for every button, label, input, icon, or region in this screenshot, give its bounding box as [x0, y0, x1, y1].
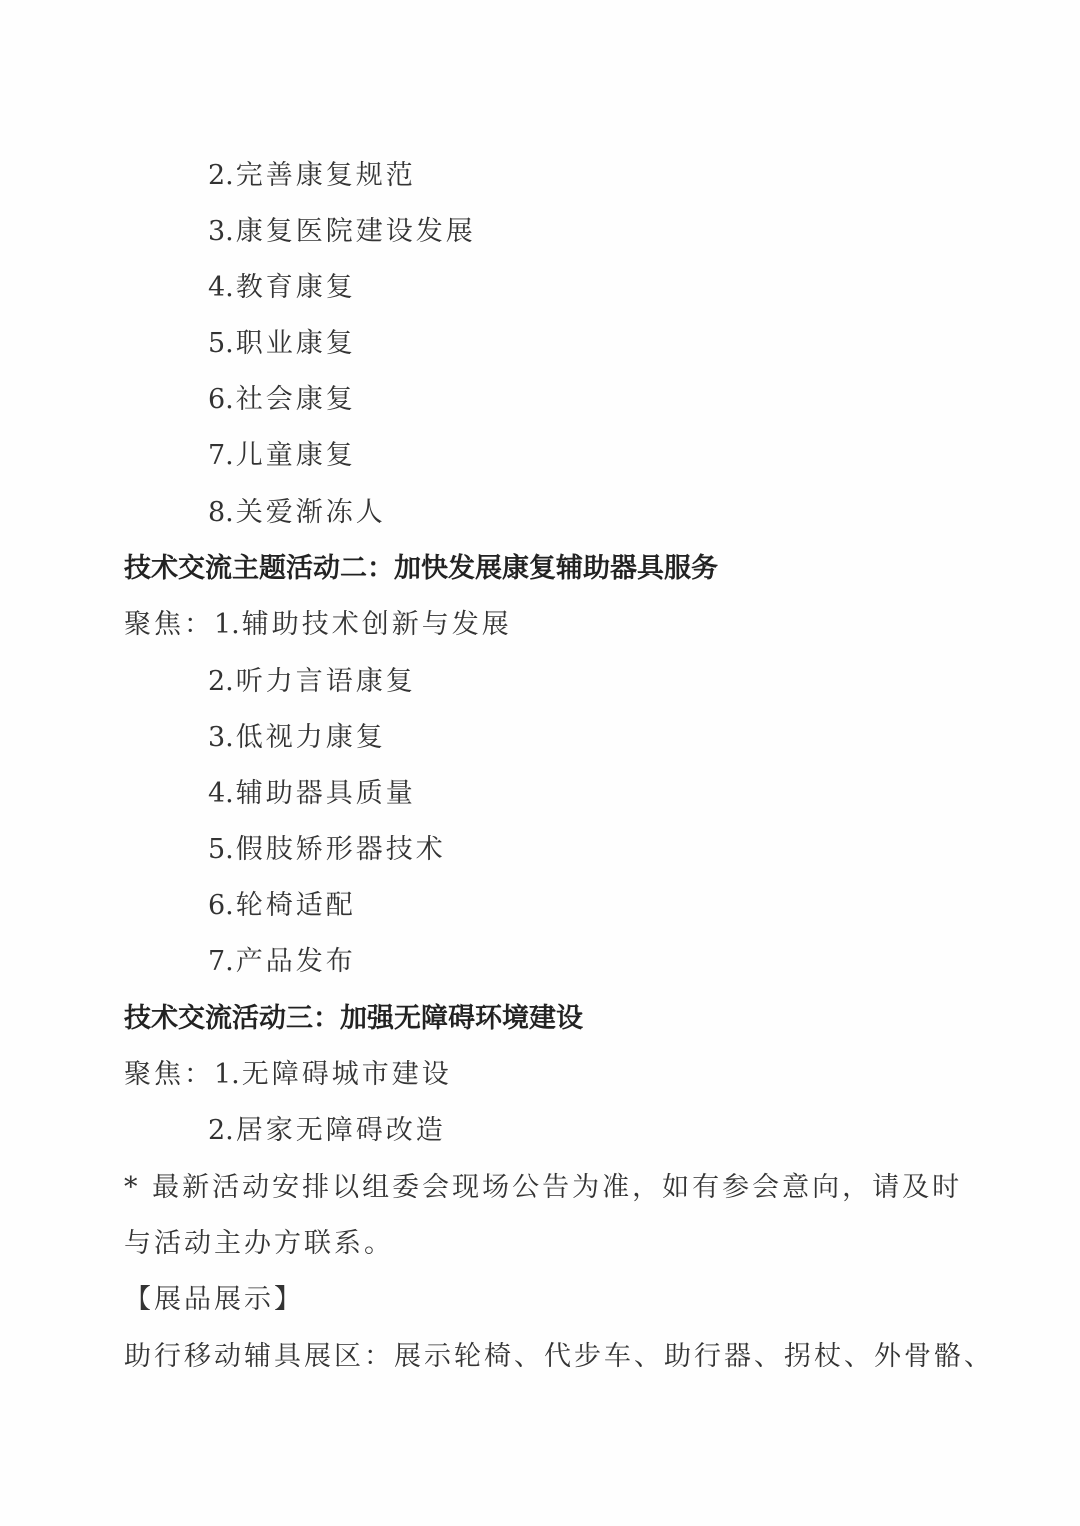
item-text: 假肢矫形器技术 [236, 834, 446, 865]
list-item: 5.职业康复 [208, 326, 356, 362]
section-heading: 技术交流活动三：加强无障碍环境建设 [124, 1001, 583, 1037]
list-item: 8.关爱渐冻人 [208, 495, 386, 531]
exhibits-line: 助行移动辅具展区：展示轮椅、代步车、助行器、拐杖、外骨骼、 [124, 1339, 994, 1375]
note-line: 与活动主办方联系。 [124, 1226, 394, 1262]
item-text: 关爱渐冻人 [236, 497, 386, 528]
note-line: * 最新活动安排以组委会现场公告为准，如有参会意向，请及时 [124, 1170, 962, 1206]
item-number: 8. [208, 497, 234, 528]
item-text: 产品发布 [236, 946, 356, 977]
item-text: 低视力康复 [236, 722, 386, 753]
focus-label: 聚焦： [124, 1059, 214, 1090]
item-text: 听力言语康复 [236, 666, 416, 697]
item-number: 2. [208, 1115, 234, 1146]
item-text: 完善康复规范 [236, 160, 416, 191]
item-number: 6. [208, 890, 234, 921]
item-number: 3. [208, 722, 234, 753]
list-item: 5.假肢矫形器技术 [208, 832, 446, 868]
list-item: 聚焦：1.辅助技术创新与发展 [124, 607, 512, 643]
item-number: 6. [208, 384, 234, 415]
item-number: 1. [214, 609, 240, 640]
item-number: 1. [214, 1059, 240, 1090]
item-text: 辅助器具质量 [236, 778, 416, 809]
list-item: 7.儿童康复 [208, 438, 356, 474]
item-number: 7. [208, 440, 234, 471]
item-number: 5. [208, 328, 234, 359]
item-text: 教育康复 [236, 272, 356, 303]
item-number: 7. [208, 946, 234, 977]
item-number: 4. [208, 778, 234, 809]
list-item: 3.康复医院建设发展 [208, 214, 476, 250]
item-number: 2. [208, 160, 234, 191]
item-text: 职业康复 [236, 328, 356, 359]
list-item: 7.产品发布 [208, 944, 356, 980]
item-number: 4. [208, 272, 234, 303]
list-item: 6.社会康复 [208, 382, 356, 418]
list-item: 2.完善康复规范 [208, 158, 416, 194]
item-text: 无障碍城市建设 [242, 1059, 452, 1090]
list-item: 3.低视力康复 [208, 720, 386, 756]
list-item: 2.居家无障碍改造 [208, 1113, 446, 1149]
list-item: 6.轮椅适配 [208, 888, 356, 924]
section-heading: 技术交流主题活动二：加快发展康复辅助器具服务 [124, 551, 718, 587]
list-item: 4.教育康复 [208, 270, 356, 306]
item-number: 5. [208, 834, 234, 865]
item-text: 居家无障碍改造 [236, 1115, 446, 1146]
exhibits-heading: 【展品展示】 [124, 1282, 304, 1318]
list-item: 2.听力言语康复 [208, 664, 416, 700]
item-text: 儿童康复 [236, 440, 356, 471]
item-text: 轮椅适配 [236, 890, 356, 921]
item-number: 3. [208, 216, 234, 247]
item-text: 辅助技术创新与发展 [242, 609, 512, 640]
item-text: 社会康复 [236, 384, 356, 415]
focus-label: 聚焦： [124, 609, 214, 640]
list-item: 4.辅助器具质量 [208, 776, 416, 812]
document-page: 2.完善康复规范 3.康复医院建设发展 4.教育康复 5.职业康复 6.社会康复… [0, 0, 1080, 1526]
list-item: 聚焦：1.无障碍城市建设 [124, 1057, 452, 1093]
item-number: 2. [208, 666, 234, 697]
item-text: 康复医院建设发展 [236, 216, 476, 247]
